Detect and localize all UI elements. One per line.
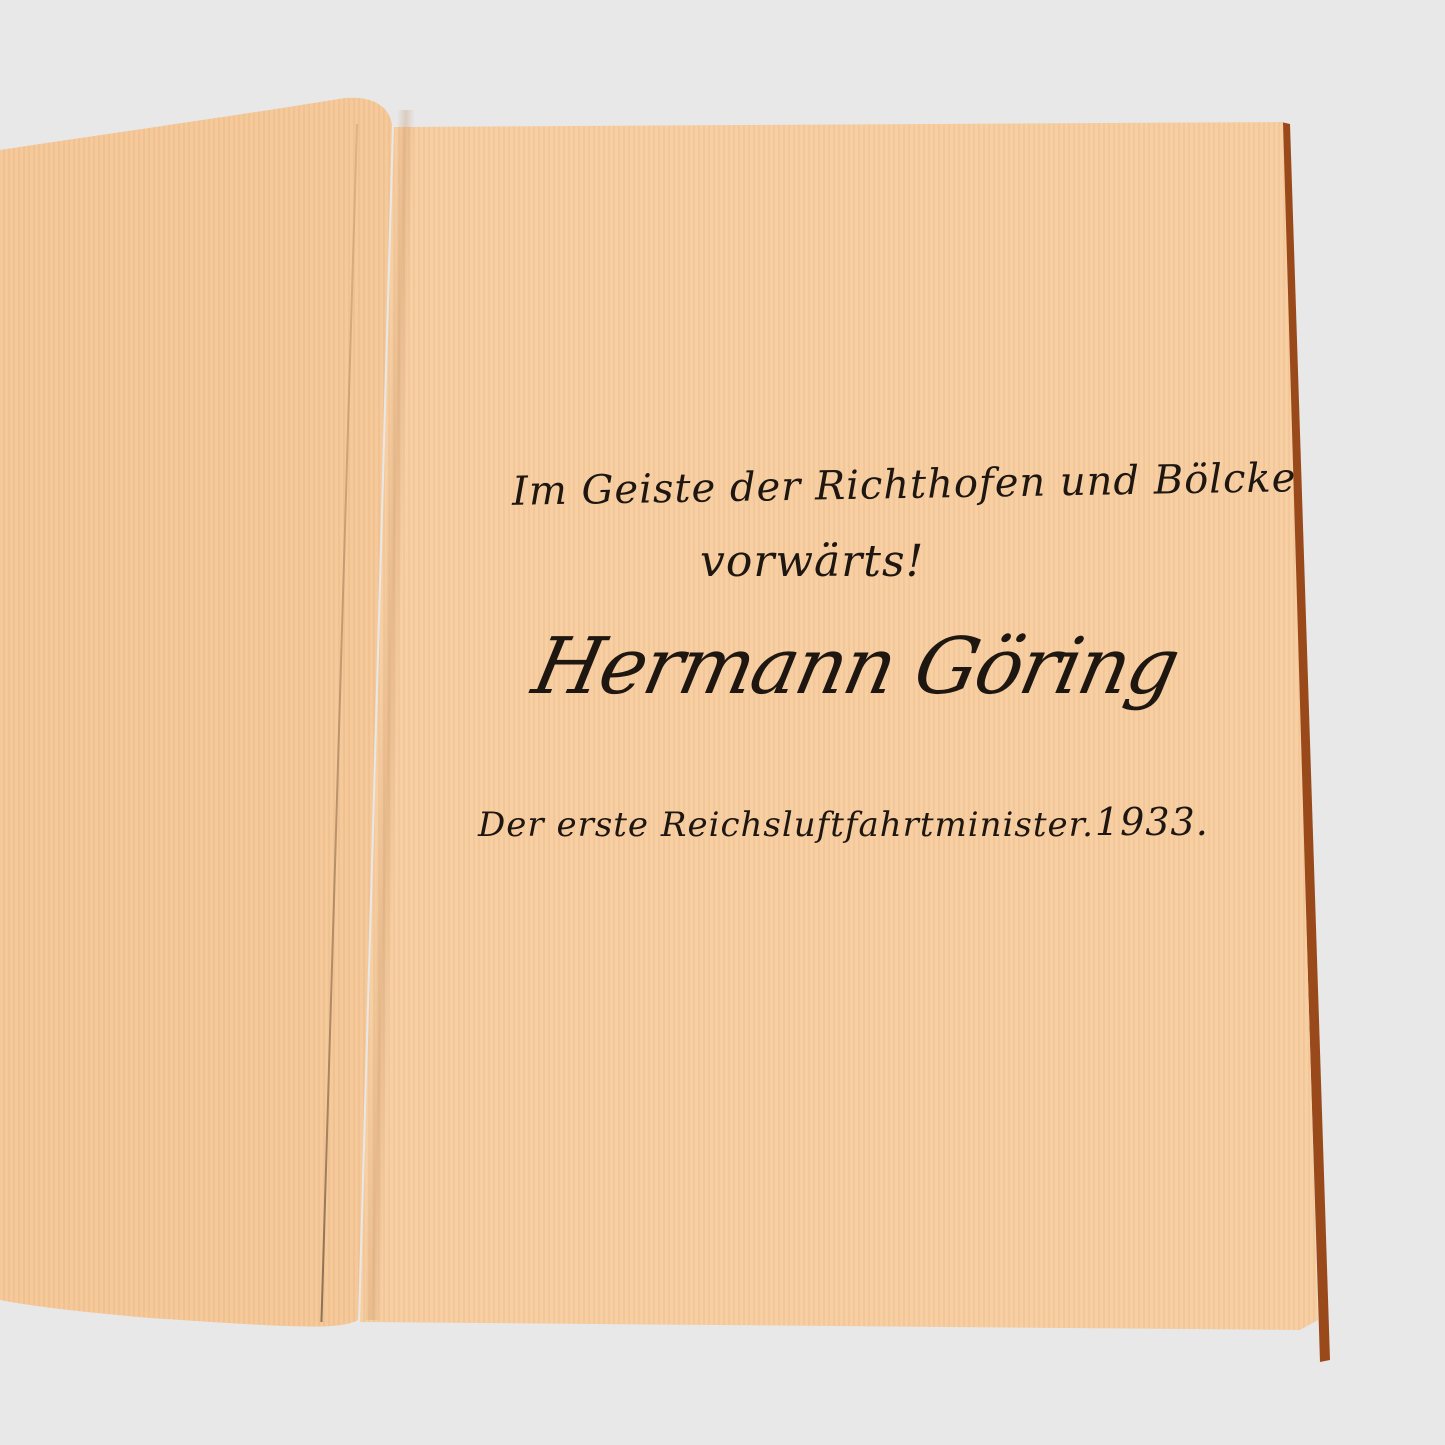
inscription-line-2: vorwärts! xyxy=(700,536,924,587)
photo-scene: Im Geiste der Richthofen und Bölcke vorw… xyxy=(0,0,1445,1445)
inscription-title-line: Der erste Reichsluftfahrtminister. xyxy=(478,805,1094,845)
signature: Hermann Göring xyxy=(525,622,1185,712)
inscription-year: 1933. xyxy=(1095,800,1209,844)
